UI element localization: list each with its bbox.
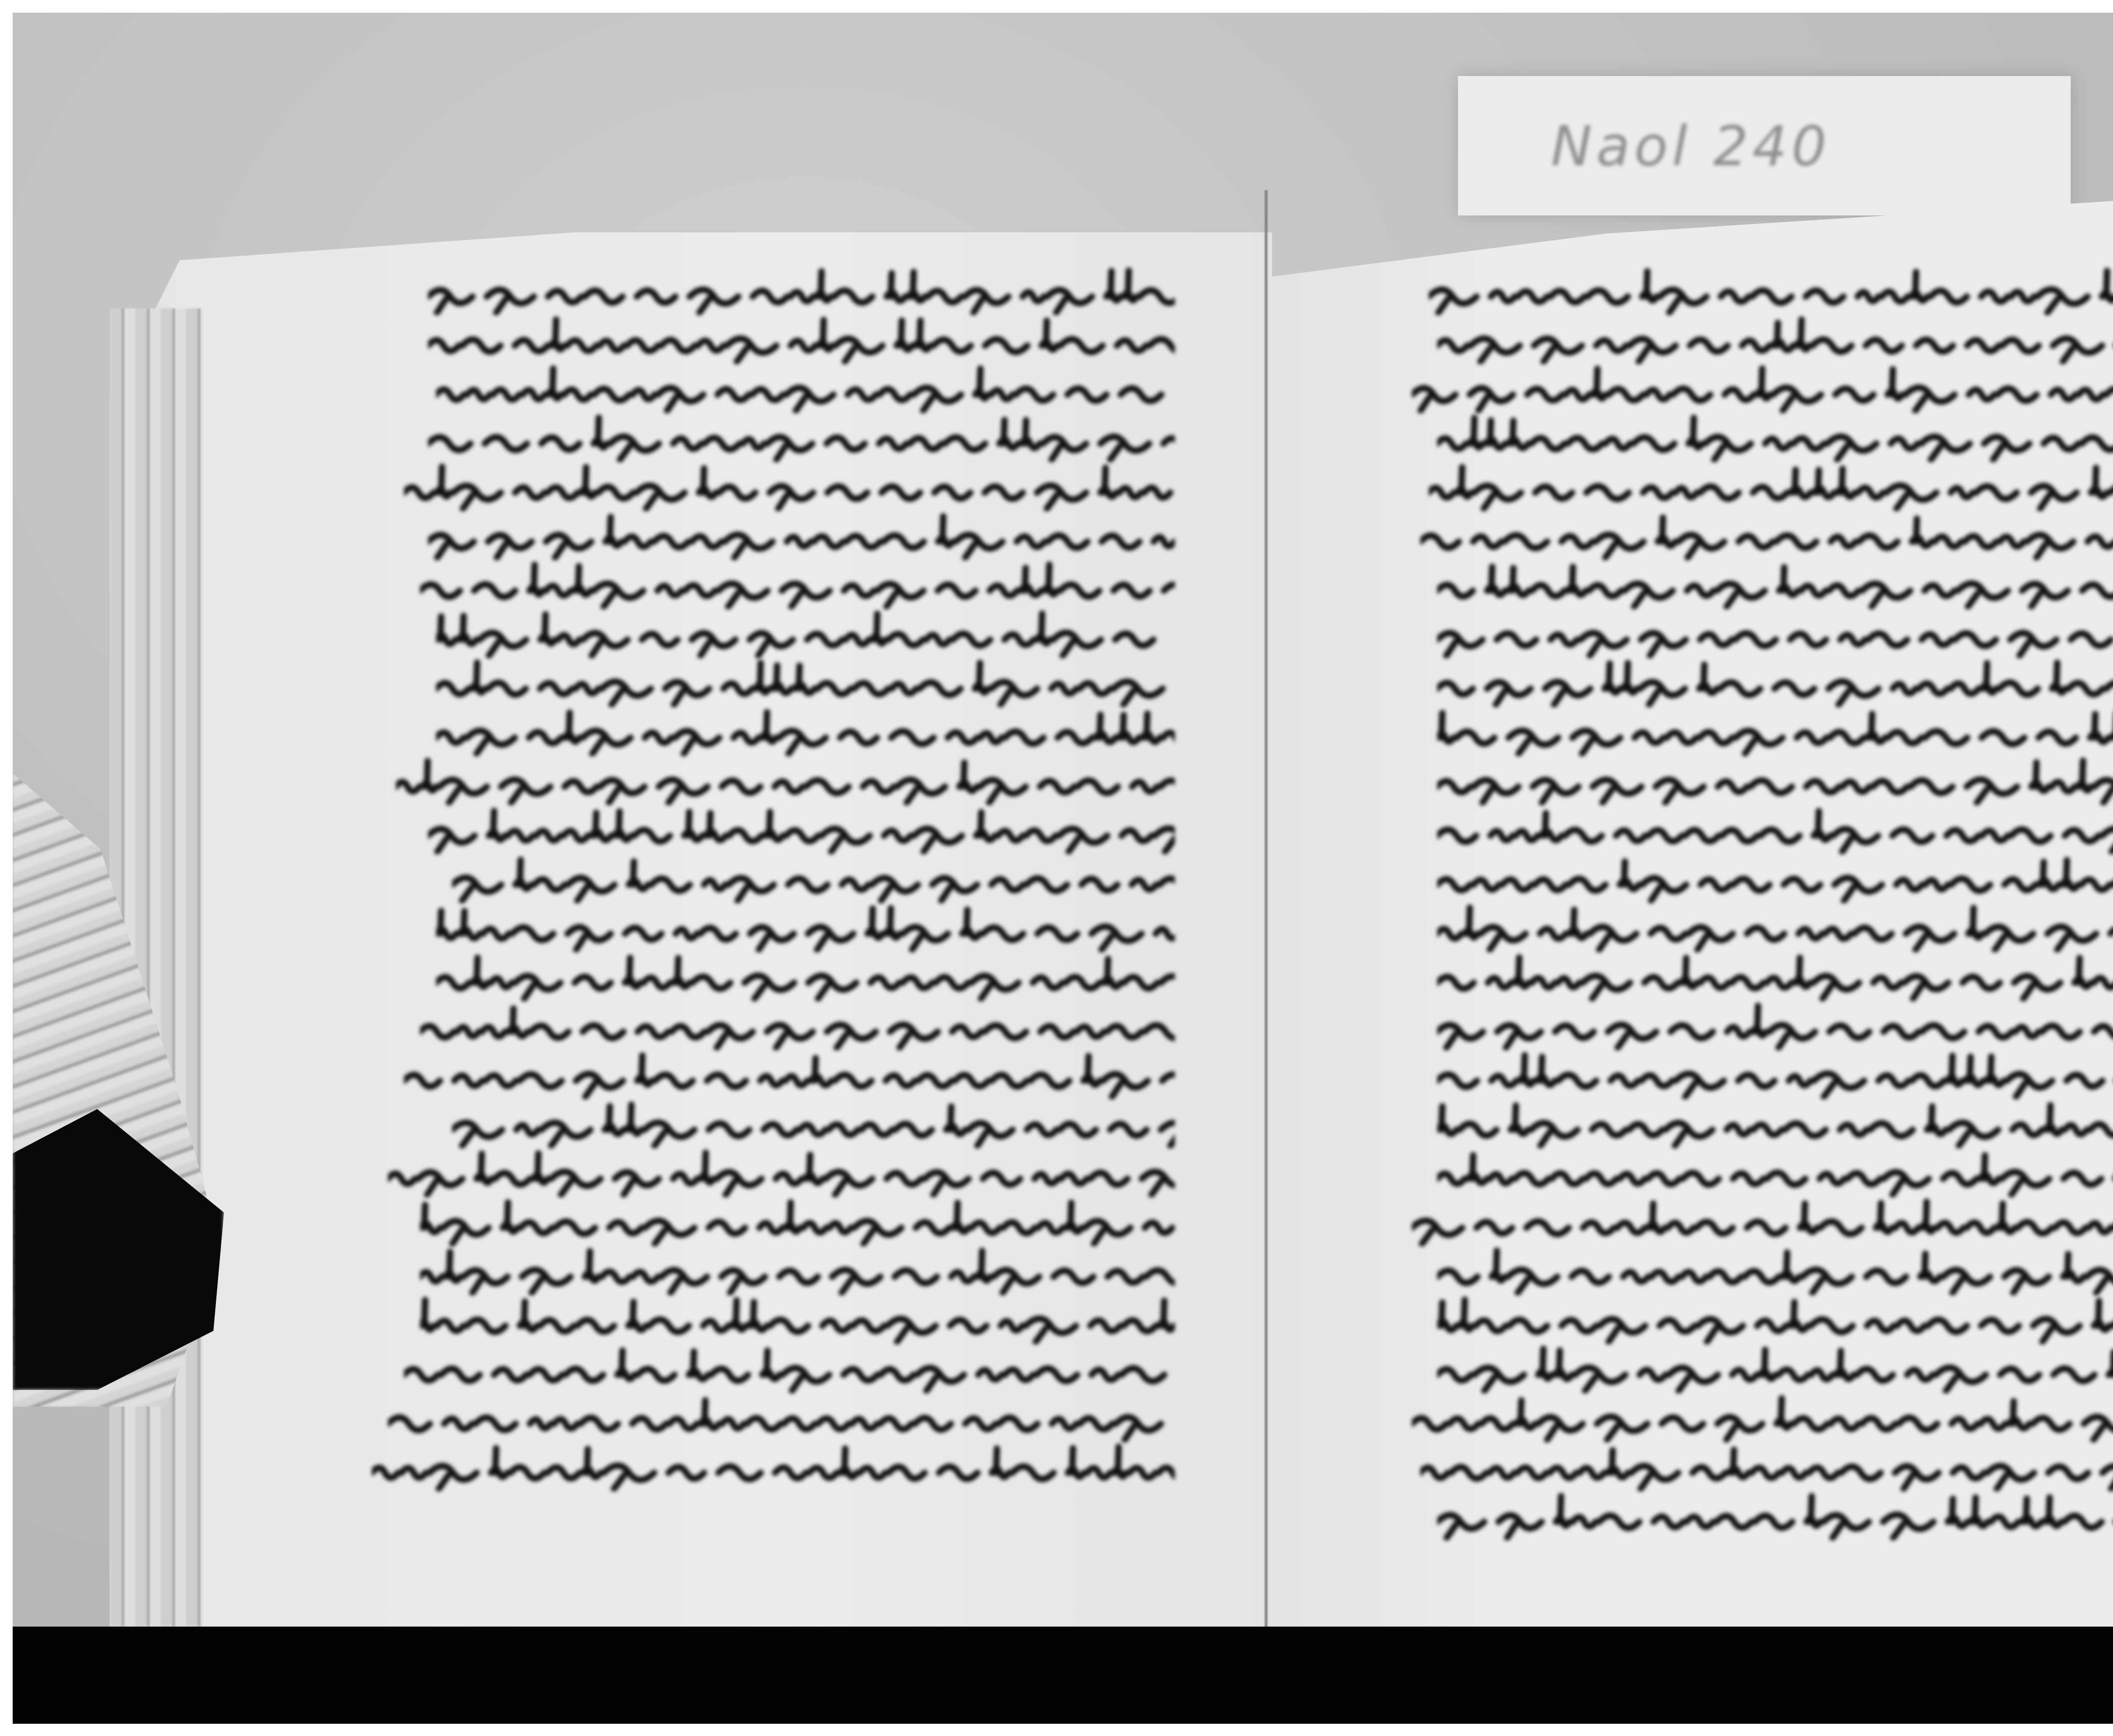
script-line bbox=[372, 1246, 1175, 1295]
script-line bbox=[1378, 266, 2113, 315]
script-line bbox=[1378, 756, 2113, 805]
script-line bbox=[1378, 364, 2113, 413]
left-page-text bbox=[372, 266, 1175, 1491]
script-line bbox=[372, 658, 1175, 707]
script-line bbox=[1378, 952, 2113, 1001]
script-line bbox=[372, 1197, 1175, 1246]
script-line bbox=[372, 511, 1175, 560]
script-line bbox=[372, 609, 1175, 658]
script-line bbox=[1378, 1442, 2113, 1491]
script-line bbox=[372, 1442, 1175, 1491]
script-line bbox=[1378, 805, 2113, 854]
script-line bbox=[372, 315, 1175, 364]
dark-surface bbox=[13, 1627, 2113, 1724]
script-line bbox=[372, 854, 1175, 903]
script-line bbox=[1378, 1099, 2113, 1148]
script-line bbox=[372, 707, 1175, 756]
script-line bbox=[1378, 903, 2113, 952]
script-line bbox=[1378, 609, 2113, 658]
script-line bbox=[372, 266, 1175, 315]
script-line bbox=[372, 1099, 1175, 1148]
script-line bbox=[1378, 315, 2113, 364]
script-line bbox=[1378, 511, 2113, 560]
script-line bbox=[372, 1393, 1175, 1442]
script-line bbox=[1378, 1491, 2113, 1540]
script-line bbox=[1378, 413, 2113, 462]
script-line bbox=[372, 413, 1175, 462]
script-line bbox=[372, 1050, 1175, 1099]
book-gutter bbox=[1264, 190, 1269, 1627]
script-line bbox=[372, 1148, 1175, 1197]
script-line bbox=[372, 462, 1175, 511]
script-line bbox=[1378, 1050, 2113, 1099]
script-line bbox=[372, 560, 1175, 609]
script-line bbox=[372, 1001, 1175, 1050]
script-line bbox=[372, 1344, 1175, 1393]
script-line bbox=[1378, 1393, 2113, 1442]
script-line bbox=[1378, 1001, 2113, 1050]
script-line bbox=[1378, 854, 2113, 903]
script-line bbox=[1378, 462, 2113, 511]
script-line bbox=[372, 756, 1175, 805]
script-line bbox=[1378, 1148, 2113, 1197]
script-line bbox=[1378, 1295, 2113, 1344]
script-line bbox=[372, 364, 1175, 413]
script-line bbox=[1378, 658, 2113, 707]
script-line bbox=[1378, 1197, 2113, 1246]
script-line bbox=[1378, 560, 2113, 609]
script-line bbox=[372, 1295, 1175, 1344]
script-line bbox=[1378, 1344, 2113, 1393]
script-line bbox=[1378, 1246, 2113, 1295]
script-line bbox=[372, 952, 1175, 1001]
script-line bbox=[1378, 1540, 2113, 1589]
shelfmark-text: Naol 240 bbox=[1551, 114, 1831, 178]
right-page-text bbox=[1378, 266, 2113, 1589]
script-line bbox=[372, 805, 1175, 854]
script-line bbox=[372, 903, 1175, 952]
script-line bbox=[1378, 707, 2113, 756]
photo-frame: Naol 240 bbox=[13, 13, 2113, 1724]
shelfmark-label: Naol 240 bbox=[1458, 76, 2071, 215]
